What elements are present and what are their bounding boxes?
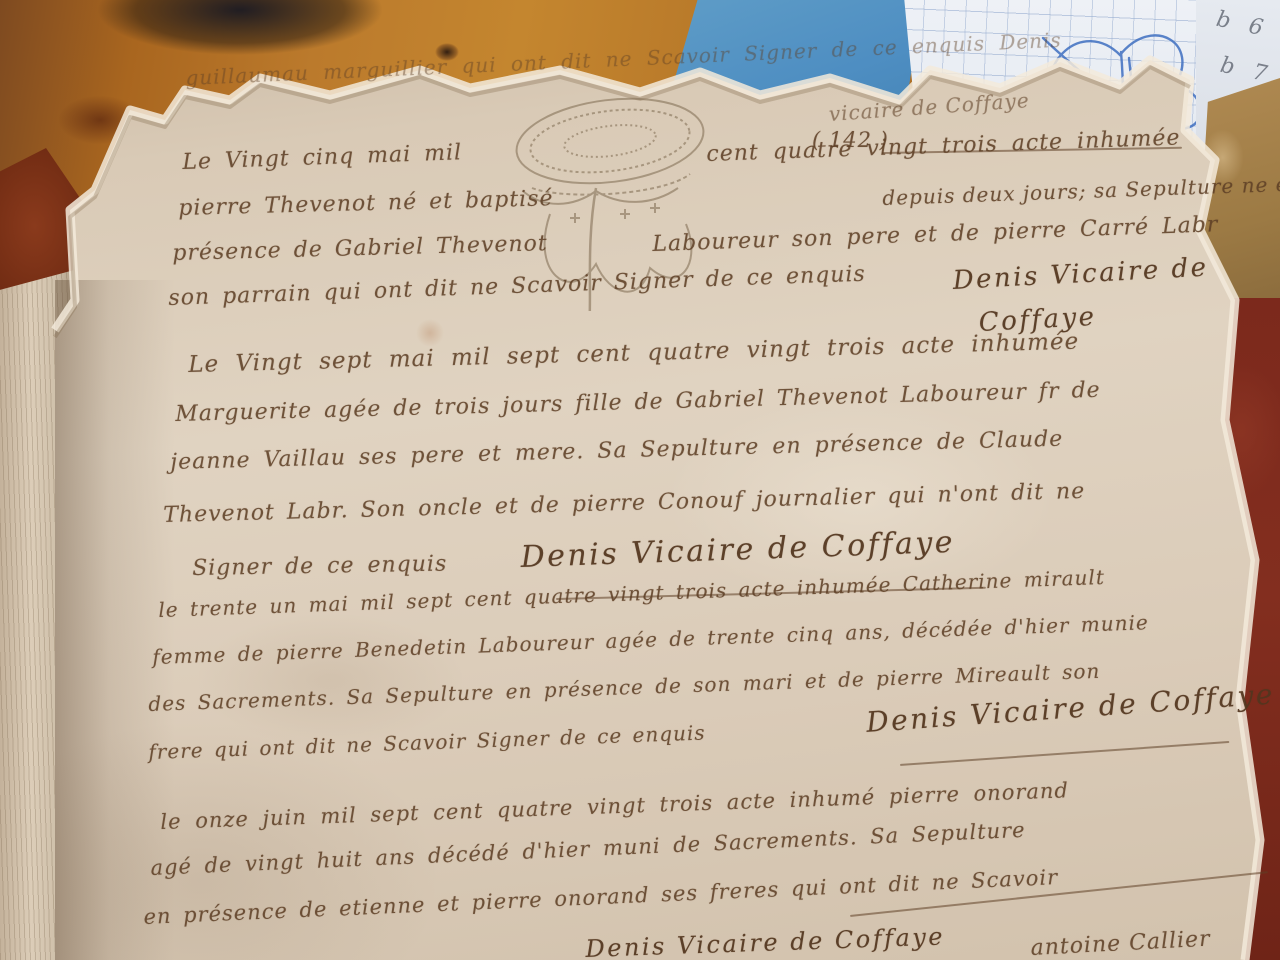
manuscript-line: Signer de ce enquis: [192, 552, 447, 581]
photo-of-manuscript: b 6 b 7 b 1 guillaumau marguillier qui o…: [0, 0, 1280, 960]
note-item: b 6: [1214, 7, 1271, 42]
